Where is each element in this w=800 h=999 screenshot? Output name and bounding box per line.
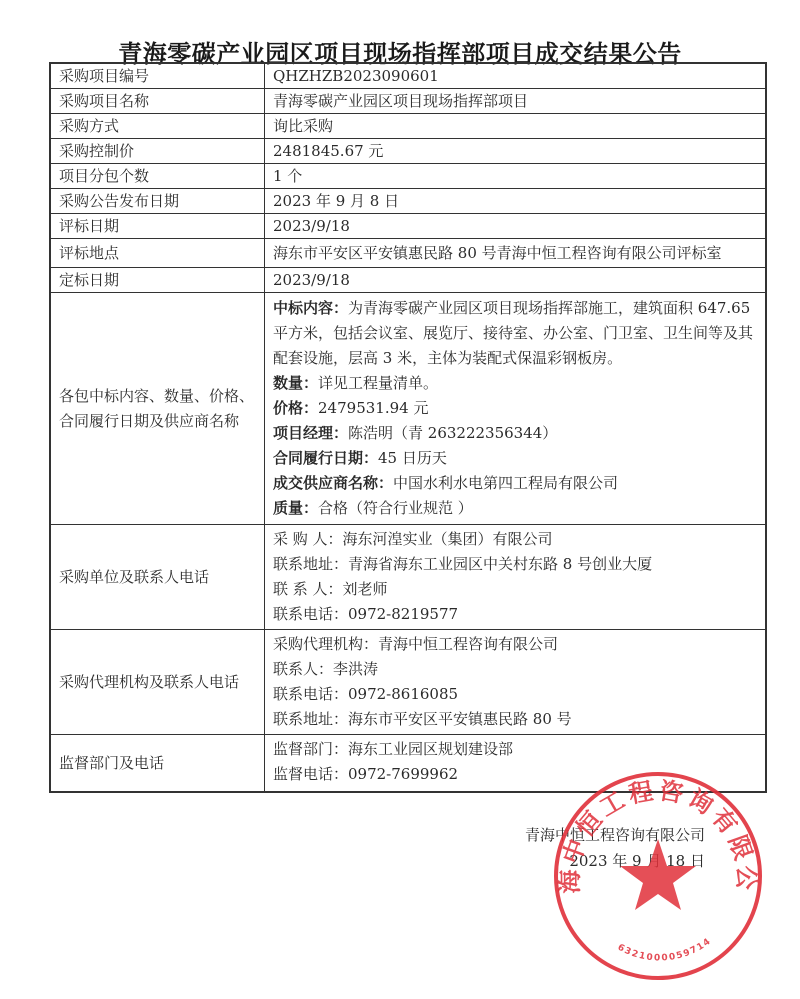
purchaser-details: 采 购 人：海东河湟实业（集团）有限公司 联系地址：青海省海东工业园区中关村东路… bbox=[265, 525, 767, 630]
label-award-date: 定标日期 bbox=[50, 268, 265, 293]
svg-text:6321000059714: 6321000059714 bbox=[616, 936, 714, 963]
star-icon bbox=[620, 839, 696, 910]
award-quality: 质量：合格（符合行业规范 ） bbox=[273, 496, 757, 521]
value-evaluation-location: 海东市平安区平安镇惠民路 80 号青海中恒工程咨询有限公司评标室 bbox=[265, 239, 767, 268]
agency-contact: 联系人：李洪涛 bbox=[273, 657, 757, 682]
purchaser-contact: 联 系 人：刘老师 bbox=[273, 577, 757, 602]
row-control-price: 采购控制价 2481845.67 元 bbox=[50, 139, 766, 164]
row-award-date: 定标日期 2023/9/18 bbox=[50, 268, 766, 293]
label-package-count: 项目分包个数 bbox=[50, 164, 265, 189]
label-purchaser: 采购单位及联系人电话 bbox=[50, 525, 265, 630]
award-project-manager: 项目经理：陈浩明（青 263222356344） bbox=[273, 421, 757, 446]
award-quality-key: 质量： bbox=[273, 499, 318, 517]
label-procurement-method: 采购方式 bbox=[50, 114, 265, 139]
label-control-price: 采购控制价 bbox=[50, 139, 265, 164]
award-contract-period: 合同履行日期：45 日历天 bbox=[273, 446, 757, 471]
row-procurement-method: 采购方式 询比采购 bbox=[50, 114, 766, 139]
award-quantity: 数量：详见工程量清单。 bbox=[273, 371, 757, 396]
value-project-number: QHZHZB2023090601 bbox=[265, 63, 767, 89]
agency-phone: 联系电话：0972-8616085 bbox=[273, 682, 757, 707]
label-award-details: 各包中标内容、数量、价格、合同履行日期及供应商名称 bbox=[50, 293, 265, 525]
row-purchaser: 采购单位及联系人电话 采 购 人：海东河湟实业（集团）有限公司 联系地址：青海省… bbox=[50, 525, 766, 630]
value-control-price: 2481845.67 元 bbox=[265, 139, 767, 164]
award-content-key: 中标内容： bbox=[273, 299, 348, 317]
company-seal-stamp: 青海中恒工程咨询有限公司 6321000059714 bbox=[549, 767, 767, 985]
value-project-name: 青海零碳产业园区项目现场指挥部项目 bbox=[265, 89, 767, 114]
agency-name: 采购代理机构：青海中恒工程咨询有限公司 bbox=[273, 632, 757, 657]
award-price: 价格：2479531.94 元 bbox=[273, 396, 757, 421]
award-supplier: 成交供应商名称：中国水利水电第四工程局有限公司 bbox=[273, 471, 757, 496]
award-price-value: 2479531.94 元 bbox=[318, 399, 428, 417]
row-package-count: 项目分包个数 1 个 bbox=[50, 164, 766, 189]
row-project-number: 采购项目编号 QHZHZB2023090601 bbox=[50, 63, 766, 89]
label-evaluation-date: 评标日期 bbox=[50, 214, 265, 239]
value-package-count: 1 个 bbox=[265, 164, 767, 189]
value-publish-date: 2023 年 9 月 8 日 bbox=[265, 189, 767, 214]
award-quantity-value: 详见工程量清单。 bbox=[318, 374, 438, 392]
agency-details: 采购代理机构：青海中恒工程咨询有限公司 联系人：李洪涛 联系电话：0972-86… bbox=[265, 630, 767, 735]
award-period-key: 合同履行日期： bbox=[273, 449, 378, 467]
row-evaluation-date: 评标日期 2023/9/18 bbox=[50, 214, 766, 239]
row-agency: 采购代理机构及联系人电话 采购代理机构：青海中恒工程咨询有限公司 联系人：李洪涛… bbox=[50, 630, 766, 735]
award-pm-value: 陈浩明（青 263222356344） bbox=[348, 424, 557, 442]
label-project-number: 采购项目编号 bbox=[50, 63, 265, 89]
purchaser-phone: 联系电话：0972-8219577 bbox=[273, 602, 757, 627]
label-project-name: 采购项目名称 bbox=[50, 89, 265, 114]
award-supplier-key: 成交供应商名称： bbox=[273, 474, 393, 492]
supervisor-department: 监督部门：海东工业园区规划建设部 bbox=[273, 737, 757, 762]
stamp-number: 6321000059714 bbox=[616, 936, 714, 963]
value-procurement-method: 询比采购 bbox=[265, 114, 767, 139]
value-evaluation-date: 2023/9/18 bbox=[265, 214, 767, 239]
award-pm-key: 项目经理： bbox=[273, 424, 348, 442]
row-project-name: 采购项目名称 青海零碳产业园区项目现场指挥部项目 bbox=[50, 89, 766, 114]
row-evaluation-location: 评标地点 海东市平安区平安镇惠民路 80 号青海中恒工程咨询有限公司评标室 bbox=[50, 239, 766, 268]
award-quality-value: 合格（符合行业规范 ） bbox=[318, 499, 473, 517]
purchaser-name: 采 购 人：海东河湟实业（集团）有限公司 bbox=[273, 527, 757, 552]
label-agency: 采购代理机构及联系人电话 bbox=[50, 630, 265, 735]
agency-address: 联系地址：海东市平安区平安镇惠民路 80 号 bbox=[273, 707, 757, 732]
label-evaluation-location: 评标地点 bbox=[50, 239, 265, 268]
value-award-date: 2023/9/18 bbox=[265, 268, 767, 293]
label-publish-date: 采购公告发布日期 bbox=[50, 189, 265, 214]
row-publish-date: 采购公告发布日期 2023 年 9 月 8 日 bbox=[50, 189, 766, 214]
label-supervisor: 监督部门及电话 bbox=[50, 735, 265, 793]
row-award-details: 各包中标内容、数量、价格、合同履行日期及供应商名称 中标内容：为青海零碳产业园区… bbox=[50, 293, 766, 525]
announcement-table: 采购项目编号 QHZHZB2023090601 采购项目名称 青海零碳产业园区项… bbox=[49, 62, 767, 793]
award-period-value: 45 日历天 bbox=[378, 449, 447, 467]
award-content: 中标内容：为青海零碳产业园区项目现场指挥部施工，建筑面积 647.65 平方米，… bbox=[273, 299, 753, 367]
purchaser-address: 联系地址：青海省海东工业园区中关村东路 8 号创业大厦 bbox=[273, 552, 757, 577]
award-price-key: 价格： bbox=[273, 399, 318, 417]
award-quantity-key: 数量： bbox=[273, 374, 318, 392]
award-details: 中标内容：为青海零碳产业园区项目现场指挥部施工，建筑面积 647.65 平方米，… bbox=[265, 293, 767, 525]
award-supplier-value: 中国水利水电第四工程局有限公司 bbox=[393, 474, 618, 492]
